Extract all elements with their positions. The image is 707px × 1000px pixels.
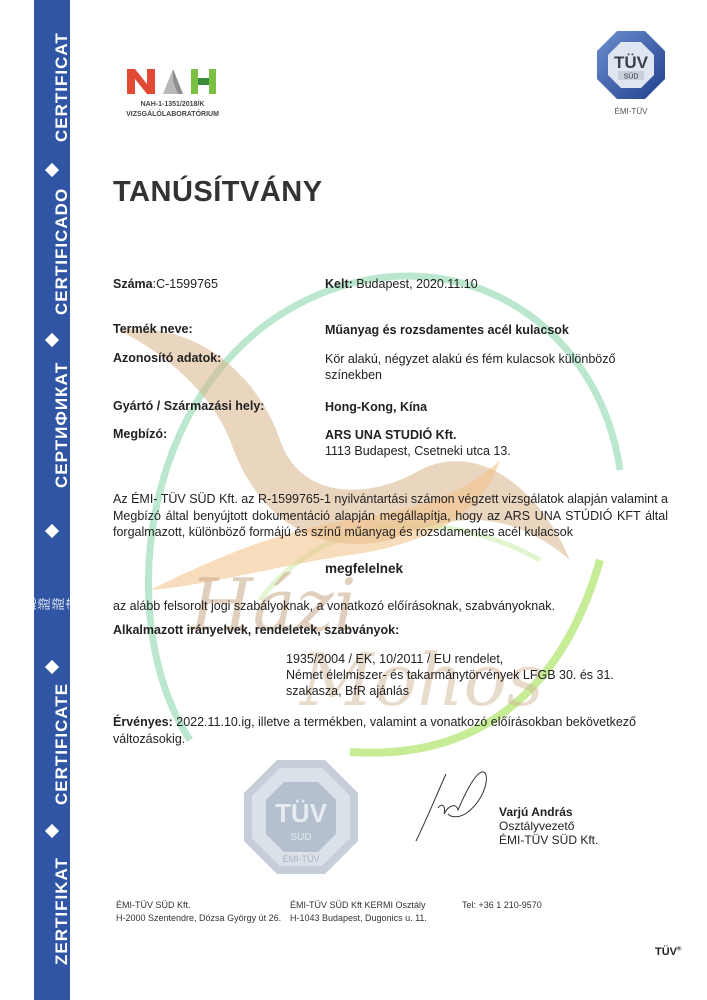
stripe-label-cjk: 認證證書: [24, 592, 80, 616]
nah-logo: NAH-1-1351/2018/K VIZSGÁLÓLABORATÓRIUM: [120, 62, 225, 132]
validity: Érvényes: 2022.11.10.ig, illetve a termé…: [113, 714, 668, 747]
tuv-caption: ÉMI-TÜV: [600, 107, 662, 116]
signature-icon: [408, 766, 498, 846]
registered-icon: ®: [677, 946, 681, 952]
tuv-sud-logo-icon: TÜV SÜD: [596, 30, 666, 100]
footer-department: ÉMI-TÜV SÜD Kft KERMI Osztály: [290, 899, 427, 912]
tuv-trademark: TÜV®: [655, 946, 681, 958]
svg-text:TÜV: TÜV: [614, 53, 649, 72]
footer-company: ÉMI-TÜV SÜD Kft.: [116, 899, 281, 912]
date-label: Kelt:: [325, 277, 353, 291]
signer-position: Osztályvezető: [499, 819, 598, 833]
date-value: Budapest, 2020.11.10: [353, 277, 478, 291]
side-stripe: [34, 0, 70, 1000]
product-value: Műanyag és rozsdamentes acél kulacsok: [325, 322, 569, 338]
nah-subtitle: VIZSGÁLÓLABORATÓRIUM: [120, 110, 225, 120]
client-value: ARS UNA STUDIÓ Kft. 1113 Budapest, Csetn…: [325, 427, 511, 459]
nah-letters-icon: [125, 66, 220, 96]
signer-company: ÉMI-TÜV SÜD Kft.: [499, 833, 598, 847]
product-label: Termék neve:: [113, 322, 193, 336]
svg-text:SÜD: SÜD: [290, 831, 311, 843]
footer-phone-number: Tel: +36 1 210-9570: [462, 899, 542, 912]
standards-line1: 1935/2004 / EK, 10/2011 / EU rendelet,: [286, 651, 614, 667]
tuv-seal-stamp-icon: TÜV SÜD ÉMI-TÜV: [242, 758, 360, 876]
standards-label: Alkalmazott irányelvek, rendeletek, szab…: [113, 623, 399, 637]
nah-code: NAH-1-1351/2018/K: [120, 100, 225, 110]
number-value: :C-1599765: [153, 277, 218, 291]
svg-text:ÉMI-TÜV: ÉMI-TÜV: [283, 854, 320, 864]
standards-line3: szakasza, BfR ajánlás: [286, 683, 614, 699]
id-value-line1: Kör alakú, négyzet alakú és fém kulacsok…: [325, 351, 615, 367]
id-value: Kör alakú, négyzet alakú és fém kulacsok…: [325, 351, 615, 383]
number-label: Száma: [113, 277, 153, 291]
standards-list: 1935/2004 / EK, 10/2011 / EU rendelet, N…: [286, 651, 614, 699]
footer-address-1: ÉMI-TÜV SÜD Kft. H-2000 Szentendre, Dózs…: [116, 899, 281, 925]
footer-phone: Tel: +36 1 210-9570: [462, 899, 542, 912]
footer-address: H-2000 Szentendre, Dózsa György út 26.: [116, 912, 281, 925]
footer-address-2: ÉMI-TÜV SÜD Kft KERMI Osztály H-1043 Bud…: [290, 899, 427, 925]
stripe-label-certificate: CERTIFICATE: [52, 683, 72, 805]
page-title: TANÚSÍTVÁNY: [113, 176, 323, 209]
conformity-followup: az alább felsorolt jogi szabályoknak, a …: [113, 598, 668, 615]
svg-text:TÜV: TÜV: [275, 798, 328, 828]
stripe-label-zertifikat: ZERTIFIKAT: [52, 857, 72, 965]
stripe-label-certificado: CERTIFICADO: [52, 188, 72, 315]
id-label: Azonosító adatok:: [113, 351, 221, 365]
id-value-line2: színekben: [325, 367, 615, 383]
certificate-number: Száma:C-1599765: [113, 277, 218, 291]
client-address: 1113 Budapest, Csetneki utca 13.: [325, 443, 511, 459]
valid-label: Érvényes:: [113, 715, 173, 729]
client-label: Megbízó:: [113, 427, 167, 441]
conformity-statement: megfelelnek: [325, 561, 403, 576]
signer-block: Varjú András Osztályvezető ÉMI-TÜV SÜD K…: [499, 805, 598, 847]
footer-department-address: H-1043 Budapest, Dugonics u. 11.: [290, 912, 427, 925]
client-name: ARS UNA STUDIÓ Kft.: [325, 427, 511, 443]
stripe-label-sertifikat: СЕРТИФИКАТ: [52, 362, 72, 488]
signer-name: Varjú András: [499, 805, 598, 819]
body-paragraph: Az ÉMI- TÜV SÜD Kft. az R-1599765-1 nyil…: [113, 491, 668, 541]
tuv-mark-text: TÜV: [655, 946, 677, 958]
standards-line2: Német élelmiszer- és takarmánytörvények …: [286, 667, 614, 683]
valid-text: 2022.11.10.ig, illetve a termékben, vala…: [113, 715, 636, 746]
origin-label: Gyártó / Származási hely:: [113, 399, 264, 413]
svg-text:SÜD: SÜD: [624, 73, 639, 81]
origin-value: Hong-Kong, Kína: [325, 399, 427, 415]
issue-date: Kelt: Budapest, 2020.11.10: [325, 277, 478, 291]
stripe-label-certificat: CERTIFICAT: [52, 32, 72, 142]
nah-accreditation: NAH-1-1351/2018/K VIZSGÁLÓLABORATÓRIUM: [120, 100, 225, 120]
